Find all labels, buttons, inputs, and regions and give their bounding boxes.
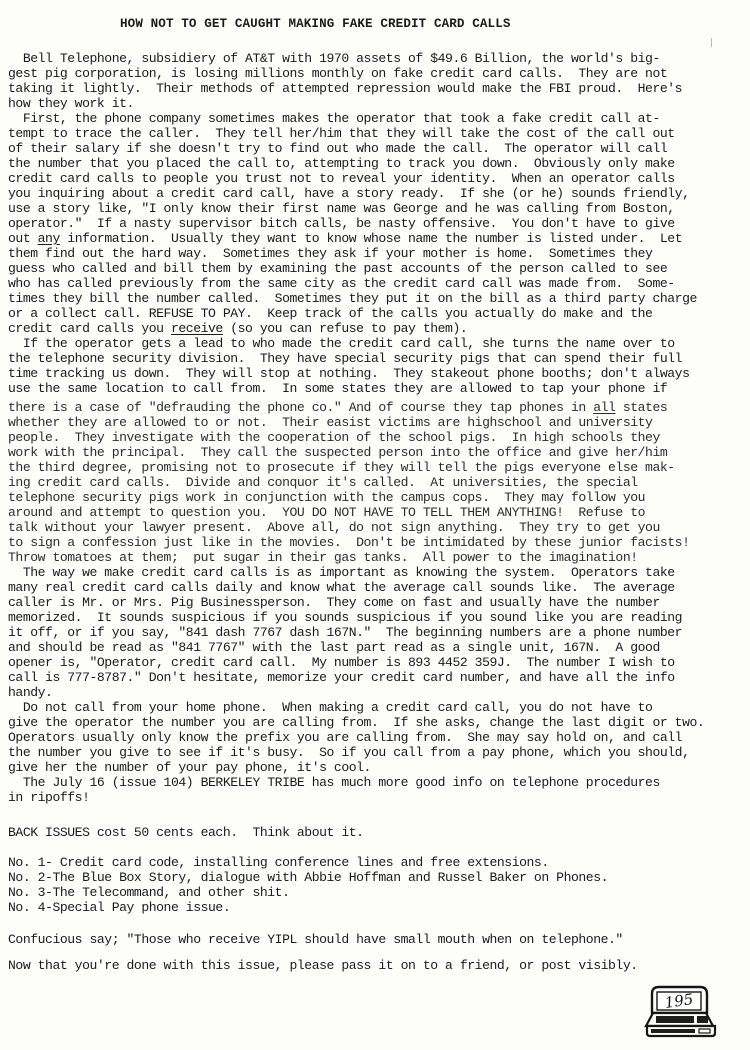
scan-artifact xyxy=(711,38,712,47)
text-block-issue-list: No. 1- Credit card code, installing conf… xyxy=(8,855,750,915)
text-block-closing: Now that you're done with this issue, pl… xyxy=(8,958,750,973)
cash-register-icon: 195 xyxy=(642,985,720,1043)
underlined-text: receive xyxy=(171,321,223,336)
text-block-para: Do not call from your home phone. When m… xyxy=(8,700,750,775)
text-block-para-alt: there is a case of "defrauding the phone… xyxy=(8,400,750,565)
text-block-para: First, the phone company sometimes makes… xyxy=(8,111,750,336)
text-block-para: The way we make credit card calls is as … xyxy=(8,565,750,700)
underlined-text: all xyxy=(593,400,615,415)
text-block-para: The July 16 (issue 104) BERKELEY TRIBE h… xyxy=(8,775,750,805)
text-block-back-issues: BACK ISSUES cost 50 cents each. Think ab… xyxy=(8,825,750,840)
document-title: HOW NOT TO GET CAUGHT MAKING FAKE CREDIT… xyxy=(120,17,750,32)
text-block-confucius: Confucious say; "Those who receive YIPL … xyxy=(8,932,750,947)
text-block-para: Bell Telephone, subsidiery of AT&T with … xyxy=(8,51,750,111)
text-block-para: If the operator gets a lead to who made … xyxy=(8,336,750,396)
document-body: Bell Telephone, subsidiery of AT&T with … xyxy=(8,51,750,973)
document-content: HOW NOT TO GET CAUGHT MAKING FAKE CREDIT… xyxy=(8,17,750,973)
document-page: HOW NOT TO GET CAUGHT MAKING FAKE CREDIT… xyxy=(0,0,750,1050)
underlined-text: any xyxy=(38,231,60,246)
